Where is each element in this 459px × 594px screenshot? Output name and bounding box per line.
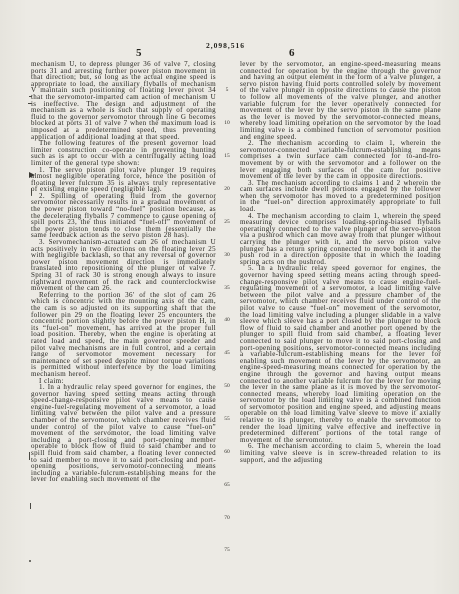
scan-artifact xyxy=(28,103,32,104)
claim-3: 3. The mechanism according to claims 1 a… xyxy=(240,180,441,213)
numbered-feature: 2. Spilling of operating fluid from the … xyxy=(31,193,216,239)
claim-1: 1. In a hydraulic relay speed governor f… xyxy=(31,384,216,483)
line-number: 10 xyxy=(219,120,235,126)
right-text-column: lever by the servomotor, an engine-speed… xyxy=(240,61,441,555)
claim-5: 5. In a hydraulic relay speed governor f… xyxy=(240,265,441,443)
line-number: 55 xyxy=(219,416,235,422)
numbered-feature: 1. The servo piston pilot valve plunger … xyxy=(31,167,216,193)
line-number: 25 xyxy=(219,219,235,225)
scan-artifact xyxy=(29,172,35,178)
scan-artifact xyxy=(31,188,32,196)
line-number: 50 xyxy=(219,383,235,389)
line-number: 60 xyxy=(219,449,235,455)
patent-number: 2,098,516 xyxy=(0,41,451,50)
scan-artifact xyxy=(29,96,32,97)
line-number: 20 xyxy=(219,186,235,192)
line-number: 5 xyxy=(219,87,235,93)
patent-page: 2,098,516 5 6 mechanism U, to depress pl… xyxy=(0,0,459,594)
line-number: 30 xyxy=(219,252,235,258)
line-number: 35 xyxy=(219,285,235,291)
line-number: 65 xyxy=(219,482,235,488)
claim-1-continued: lever by the servomotor, an engine-speed… xyxy=(240,61,441,140)
scan-artifact xyxy=(29,452,30,460)
scan-artifact xyxy=(29,560,31,562)
line-number: 75 xyxy=(219,547,235,553)
paragraph: mechanism U, to depress plunger 36 of va… xyxy=(31,61,216,140)
scan-artifact xyxy=(30,503,31,509)
left-column-page-number: 5 xyxy=(136,47,142,59)
claim-4: 4. The mechanism according to claim 1, w… xyxy=(240,213,441,266)
right-column-page-number: 6 xyxy=(289,47,295,59)
left-text-column: mechanism U, to depress plunger 36 of va… xyxy=(31,61,216,555)
line-number: 15 xyxy=(219,153,235,159)
paragraph: The following features of the present go… xyxy=(31,140,216,166)
line-number: 70 xyxy=(219,515,235,521)
paragraph: Referring to the portion 36′ of the slot… xyxy=(31,292,216,378)
line-number: 40 xyxy=(219,317,235,323)
claim-2: 2. The mechanism according to claim 1, w… xyxy=(240,140,441,180)
numbered-feature: 3. Servomechanism-actuated cam 26 of mec… xyxy=(31,239,216,292)
claim-6: 6. The mechanism according to claim 5, w… xyxy=(240,443,441,463)
line-number: 45 xyxy=(219,350,235,356)
